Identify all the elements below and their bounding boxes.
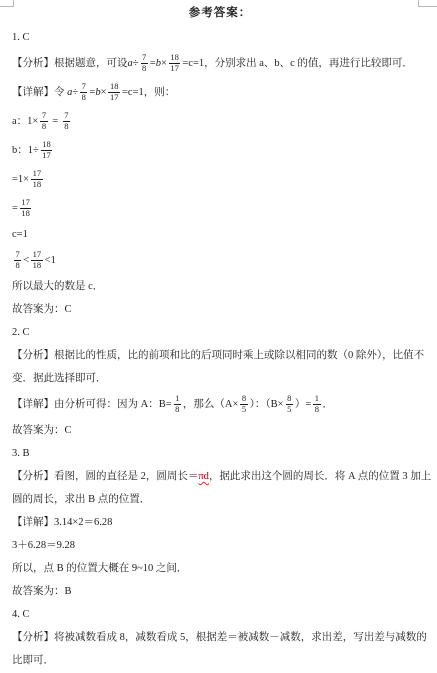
text-segment: 1. C bbox=[12, 32, 30, 43]
text-segment: 【详解】由分析可得：因为 A：B= bbox=[12, 399, 172, 410]
text-segment: 【分析】将被减数看成 8，减数看成 5，根据差＝被减数－减数，求出差，写出差与减… bbox=[12, 632, 427, 643]
text-segment: ÷ bbox=[72, 87, 78, 98]
q2-answer: 2. C bbox=[12, 321, 428, 344]
text-segment: 【详解】3.14×2＝6.28 bbox=[12, 517, 112, 528]
text-segment: 圆的周长，求出 B 点的位置． bbox=[12, 494, 150, 505]
text-segment: 故答案为：C bbox=[12, 304, 72, 315]
fraction-denominator: 8 bbox=[313, 405, 320, 415]
q2-analysis-1: 【分析】根据比的性质，比的前项和比的后项同时乘上或除以相同的数（0 除外），比值… bbox=[12, 344, 428, 367]
fraction: 78 bbox=[63, 111, 70, 132]
fraction: 78 bbox=[80, 82, 87, 103]
text-segment: 故答案为：B bbox=[12, 586, 72, 597]
q4-answer: 4. C bbox=[12, 603, 428, 626]
q1-comparison: 78<1718<1 bbox=[12, 246, 428, 275]
text-segment: <1 bbox=[45, 255, 56, 266]
q1-step-b2: =1×1718 bbox=[12, 165, 428, 194]
text-segment: a：1× bbox=[12, 116, 38, 127]
page-title: 参考答案： bbox=[12, 3, 428, 26]
text-segment: 2. C bbox=[12, 327, 30, 338]
text-segment: = bbox=[12, 203, 18, 214]
fraction-denominator: 8 bbox=[174, 405, 181, 415]
fraction: 1718 bbox=[31, 169, 43, 190]
fraction: 1718 bbox=[20, 198, 32, 219]
fraction-denominator: 18 bbox=[31, 261, 43, 271]
q1-detail: 【详解】令 a÷78=b×1817=c=1，则： bbox=[12, 78, 428, 107]
text-segment: ÷ bbox=[133, 58, 139, 69]
text-segment: ）= bbox=[295, 399, 311, 410]
fraction: 78 bbox=[14, 250, 21, 271]
fraction-denominator: 8 bbox=[14, 261, 21, 271]
text-segment: < bbox=[23, 255, 29, 266]
fraction: 1817 bbox=[108, 82, 120, 103]
q4-analysis-1: 【分析】将被减数看成 8，减数看成 5，根据差＝被减数－减数，求出差，写出差与减… bbox=[12, 626, 428, 649]
fraction: 1817 bbox=[41, 140, 53, 161]
fraction-denominator: 5 bbox=[240, 405, 247, 415]
q1-answer: 1. C bbox=[12, 26, 428, 49]
text-segment: × bbox=[161, 58, 167, 69]
fraction-denominator: 17 bbox=[169, 64, 181, 74]
q3-answer: 3. B bbox=[12, 442, 428, 465]
text-segment: 变．据此选择即可． bbox=[12, 373, 107, 384]
text-segment: =c=1，分别求出 a、b、c 的值，再进行比较即可． bbox=[182, 58, 413, 69]
fraction-denominator: 18 bbox=[20, 209, 32, 219]
fraction-denominator: 17 bbox=[108, 93, 120, 103]
q4-analysis-2: 比即可． bbox=[12, 649, 428, 672]
text-segment: 所以最大的数是 c． bbox=[12, 281, 103, 292]
fraction: 85 bbox=[286, 394, 293, 415]
q2-detail: 【详解】由分析可得：因为 A：B=18，那么（A×85）：（B×85）=18． bbox=[12, 390, 428, 419]
q3-detail-2: 3＋6.28＝9.28 bbox=[12, 534, 428, 557]
text-segment: 所以，点 B 的位置大概在 9~10 之间． bbox=[12, 563, 187, 574]
q3-detail-1: 【详解】3.14×2＝6.28 bbox=[12, 511, 428, 534]
answer-sheet-page: 参考答案： 1. C【分析】根据题意，可设a÷78=b×1817=c=1，分别求… bbox=[0, 0, 437, 673]
fraction: 78 bbox=[141, 53, 148, 74]
text-segment: ）：（B× bbox=[250, 399, 284, 410]
text-segment: 【分析】根据题意，可设 bbox=[12, 58, 128, 69]
q1-step-a: a：1×78 = 78 bbox=[12, 107, 428, 136]
q2-analysis-2: 变．据此选择即可． bbox=[12, 367, 428, 390]
fraction: 78 bbox=[40, 111, 47, 132]
fraction: 18 bbox=[174, 394, 181, 415]
fraction: 85 bbox=[240, 394, 247, 415]
page-corner-mark bbox=[418, 6, 437, 7]
text-segment: 【详解】令 bbox=[12, 87, 67, 98]
fraction-denominator: 17 bbox=[41, 151, 53, 161]
fraction: 1718 bbox=[31, 250, 43, 271]
text-segment: 【分析】看图，圆的直径是 2，圆周长＝ bbox=[12, 471, 198, 482]
text-segment: 比即可． bbox=[12, 655, 54, 666]
text-segment: 【分析】根据比的性质，比的前项和比的后项同时乘上或除以相同的数（0 除外），比值… bbox=[12, 350, 424, 361]
spellcheck-red-underline-text: πd bbox=[198, 471, 209, 482]
text-segment: =1× bbox=[12, 174, 29, 185]
q2-final-answer: 故答案为：C bbox=[12, 419, 428, 442]
fraction-denominator: 8 bbox=[63, 122, 70, 132]
text-segment: c=1 bbox=[12, 229, 28, 240]
text-segment: ，据此求出这个圆的周长．将 A 点的位置 3 加上 bbox=[209, 471, 431, 482]
text-segment: = bbox=[50, 116, 61, 127]
fraction-denominator: 18 bbox=[31, 180, 43, 190]
text-segment: ，那么（A× bbox=[183, 399, 239, 410]
fraction-denominator: 8 bbox=[141, 64, 148, 74]
q1-analysis: 【分析】根据题意，可设a÷78=b×1817=c=1，分别求出 a、b、c 的值… bbox=[12, 49, 428, 78]
fraction-denominator: 5 bbox=[286, 405, 293, 415]
q3-conclusion: 所以，点 B 的位置大概在 9~10 之间． bbox=[12, 557, 428, 580]
text-segment: b：1÷ bbox=[12, 145, 39, 156]
text-segment: 3. B bbox=[12, 448, 30, 459]
q3-analysis-1: 【分析】看图，圆的直径是 2，圆周长＝πd，据此求出这个圆的周长．将 A 点的位… bbox=[12, 465, 428, 488]
text-segment: =c=1，则： bbox=[122, 87, 175, 98]
fraction-denominator: 8 bbox=[40, 122, 47, 132]
text-segment: 4. C bbox=[12, 609, 30, 620]
fraction-denominator: 8 bbox=[80, 93, 87, 103]
text-segment: ． bbox=[323, 399, 334, 410]
q3-analysis-2: 圆的周长，求出 B 点的位置． bbox=[12, 488, 428, 511]
text-segment: 故答案为：C bbox=[12, 425, 72, 436]
fraction: 1817 bbox=[169, 53, 181, 74]
q1-step-c: c=1 bbox=[12, 223, 428, 246]
answer-lines: 1. C【分析】根据题意，可设a÷78=b×1817=c=1，分别求出 a、b、… bbox=[12, 26, 428, 672]
page-corner-mark bbox=[0, 6, 14, 7]
text-segment: 3＋6.28＝9.28 bbox=[12, 540, 75, 551]
q3-final-answer: 故答案为：B bbox=[12, 580, 428, 603]
q1-step-b3: =1718 bbox=[12, 194, 428, 223]
q1-final-answer: 故答案为：C bbox=[12, 298, 428, 321]
fraction: 18 bbox=[313, 394, 320, 415]
text-segment: × bbox=[101, 87, 107, 98]
q1-conclusion: 所以最大的数是 c． bbox=[12, 275, 428, 298]
q1-step-b: b：1÷1817 bbox=[12, 136, 428, 165]
